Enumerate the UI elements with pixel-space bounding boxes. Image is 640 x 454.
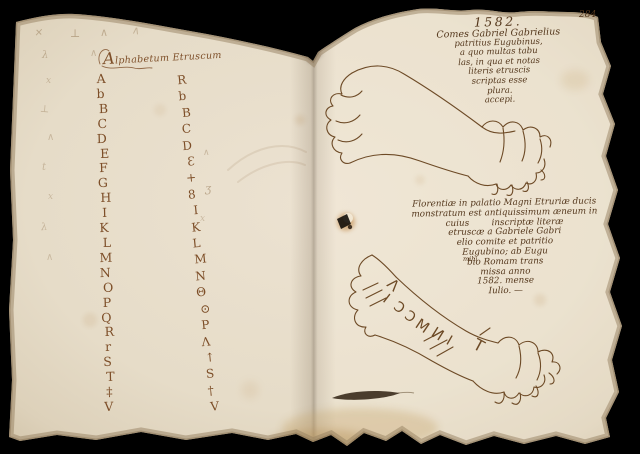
alphabet-letter-latin: R bbox=[104, 325, 114, 340]
alphabet-letter-latin: K bbox=[99, 221, 109, 236]
alphabet-letter-etruscan: ↑ bbox=[204, 349, 216, 366]
alphabet-letter-latin: N bbox=[100, 266, 111, 281]
alphabet-letter-latin: L bbox=[103, 236, 112, 251]
alphabet-letter-etruscan: D bbox=[182, 137, 193, 154]
alphabet-letter-etruscan: + bbox=[185, 170, 197, 187]
alphabet-letter-latin: I bbox=[102, 206, 107, 221]
alphabet-letter-etruscan: V bbox=[210, 398, 220, 415]
alphabet-letter-etruscan: P bbox=[201, 317, 211, 334]
alphabet-letter-etruscan: Λ bbox=[201, 333, 211, 350]
alphabet-letter-etruscan: † bbox=[207, 382, 215, 399]
alphabet-letter-latin: T bbox=[106, 370, 115, 385]
alphabet-letter-etruscan: ⊙ bbox=[199, 300, 211, 317]
alphabet-letter-etruscan: N bbox=[195, 267, 207, 284]
alphabet-letter-latin: S bbox=[103, 355, 112, 370]
top-note: 1582.Comes Gabriel Gabrieliuspatritius E… bbox=[423, 12, 575, 108]
alphabet-letter-latin: F bbox=[99, 161, 108, 176]
alphabet-letter-latin: V bbox=[104, 400, 113, 415]
alphabet-letter-etruscan: 8 bbox=[187, 186, 196, 203]
alphabet-letter-latin: C bbox=[97, 117, 107, 132]
middle-note: Florentiæ in palatio Magni Etruriæ ducis… bbox=[397, 197, 613, 299]
alphabet-letter-etruscan: S bbox=[205, 366, 215, 383]
alphabet-letter-latin: D bbox=[97, 131, 107, 146]
interline-note: mihi bbox=[463, 255, 478, 263]
alphabet-letter-etruscan: b bbox=[178, 88, 187, 105]
alphabet-letter-etruscan: L bbox=[192, 235, 202, 252]
alphabet-letter-latin: O bbox=[103, 280, 114, 295]
alphabet-letter-latin: G bbox=[98, 176, 108, 191]
alphabet-letter-latin: r bbox=[105, 340, 111, 355]
alphabet-letter-etruscan: K bbox=[191, 219, 201, 236]
alphabet-letter-latin: H bbox=[100, 191, 111, 206]
alphabet-letter-latin: Q bbox=[101, 310, 112, 325]
alphabet-letter-latin: P bbox=[103, 295, 112, 310]
alphabet-letter-etruscan: C bbox=[181, 121, 192, 138]
alphabet-letter-etruscan: I bbox=[193, 202, 199, 219]
alphabet-letter-latin: b bbox=[96, 87, 104, 102]
alphabet-letter-etruscan: Θ bbox=[196, 284, 207, 301]
gutter-fold bbox=[290, 0, 336, 454]
alphabet-letter-etruscan: R bbox=[176, 72, 187, 89]
alphabet-letter-etruscan: B bbox=[181, 104, 191, 121]
manuscript-photo: Alphabetum Etruscum AbBCDEFGHIKLMNOPQRrS… bbox=[0, 0, 640, 454]
alphabet-letter-latin: A bbox=[96, 72, 105, 87]
alphabet-letter-etruscan: Ɛ bbox=[187, 153, 196, 170]
alphabet-letter-latin: ‡ bbox=[106, 385, 113, 400]
alphabet-letter-latin: E bbox=[100, 146, 110, 161]
alphabet-letter-etruscan: M bbox=[194, 251, 208, 269]
alphabet-letter-latin: B bbox=[99, 102, 109, 117]
ink-blot bbox=[337, 213, 355, 231]
folio-number: 284 bbox=[579, 10, 596, 20]
